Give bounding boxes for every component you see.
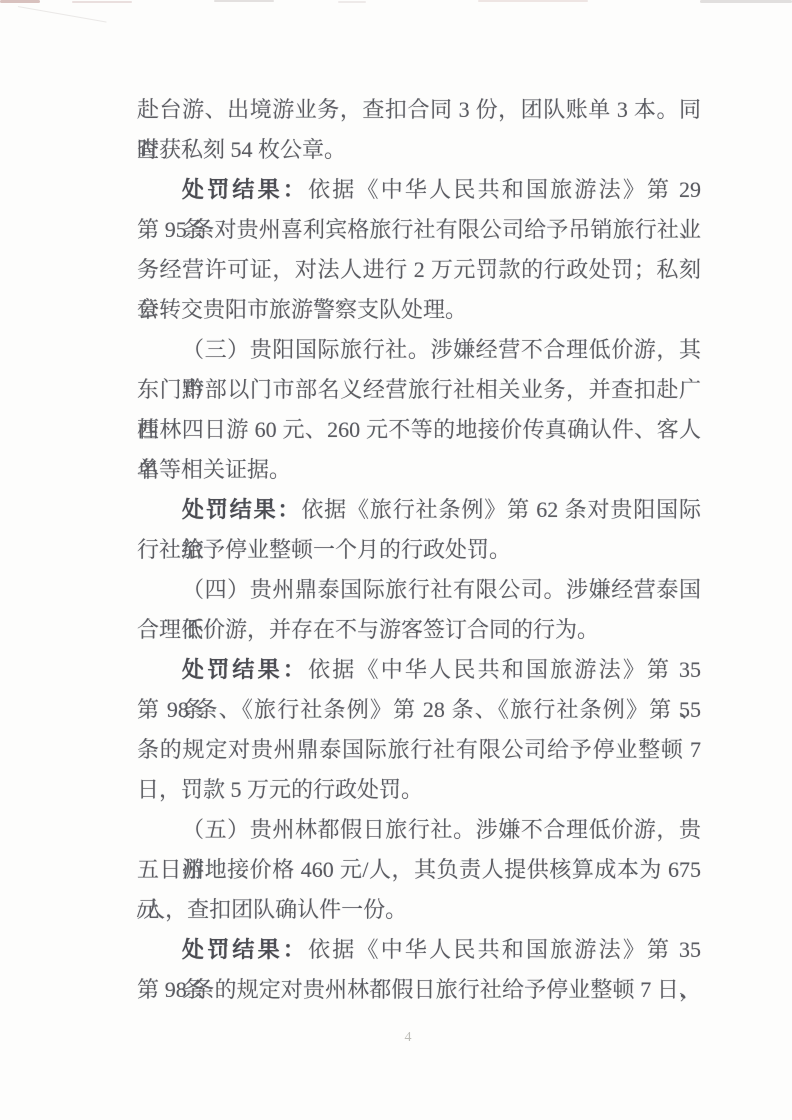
text-line: 章转交贵阳市旅游警察支队处理。	[137, 290, 701, 330]
text-line: 处罚结果：依据《中华人民共和国旅游法》第 35 条、	[137, 650, 701, 690]
text-line: 行社给予停业整顿一个月的行政处罚。	[137, 530, 701, 570]
text-line: 合理低价游，并存在不与游客签订合同的行为。	[137, 610, 701, 650]
text-line: 条的规定对贵州鼎泰国际旅行社有限公司给予停业整顿 7	[137, 730, 701, 770]
text-line: 查获私刻 54 枚公章。	[137, 130, 701, 170]
text-line: 处罚结果：依据《中华人民共和国旅游法》第 35 条、	[137, 930, 701, 970]
scan-noise	[478, 0, 588, 2]
text-line: 日，罚款 5 万元的行政处罚。	[137, 770, 701, 810]
text-line: 务经营许可证，对法人进行 2 万元罚款的行政处罚；私刻公	[137, 250, 701, 290]
scan-noise	[18, 6, 107, 23]
page-number: 4	[396, 1030, 420, 1046]
scan-noise	[214, 0, 274, 2]
scan-noise	[72, 1, 132, 3]
text-line: （五）贵州林都假日旅行社。涉嫌不合理低价游，贵州	[137, 810, 701, 850]
document-body: 赴台游、出境游业务，查扣合同 3 份，团队账单 3 本。同时查获私刻 54 枚公…	[137, 90, 701, 1010]
text-line: 第 98 条、《旅行社条例》第 28 条、《旅行社条例》第 55	[137, 690, 701, 730]
scan-noise	[338, 1, 366, 3]
text-line: 五日游地接价格 460 元/人，其负责人提供核算成本为 675 元	[137, 850, 701, 890]
text-line: 赴台游、出境游业务，查扣合同 3 份，团队账单 3 本。同时	[137, 90, 701, 130]
penalty-result-label: 处罚结果：	[182, 657, 308, 682]
penalty-result-label: 处罚结果：	[182, 497, 301, 522]
text-line: /人，查扣团队确认件一份。	[137, 890, 701, 930]
text-line: （四）贵州鼎泰国际旅行社有限公司。涉嫌经营泰国不	[137, 570, 701, 610]
penalty-result-label: 处罚结果：	[182, 937, 308, 962]
scan-artifact-top-edge	[0, 0, 792, 30]
scan-noise	[700, 0, 792, 3]
text-line: 东门市部以门市部名义经营旅行社相关业务，并查扣赴广西	[137, 370, 701, 410]
text-line: 处罚结果：依据《中华人民共和国旅游法》第 29 条、	[137, 170, 701, 210]
scanned-page: 赴台游、出境游业务，查扣合同 3 份，团队账单 3 本。同时查获私刻 54 枚公…	[0, 0, 792, 1120]
text-line: 第 95 条对贵州喜利宾格旅行社有限公司给予吊销旅行社业	[137, 210, 701, 250]
penalty-result-label: 处罚结果：	[182, 177, 308, 202]
text-line: （三）贵阳国际旅行社。涉嫌经营不合理低价游，其黔	[137, 330, 701, 370]
text-line: 单等相关证据。	[137, 450, 701, 490]
text-line: 第 98 条的规定对贵州林都假日旅行社给予停业整顿 7 日，	[137, 970, 701, 1010]
text-line: 处罚结果：依据《旅行社条例》第 62 条对贵阳国际旅	[137, 490, 701, 530]
scan-noise	[0, 0, 40, 3]
text-line: 桂林四日游 60 元、260 元不等的地接价传真确认件、客人名	[137, 410, 701, 450]
